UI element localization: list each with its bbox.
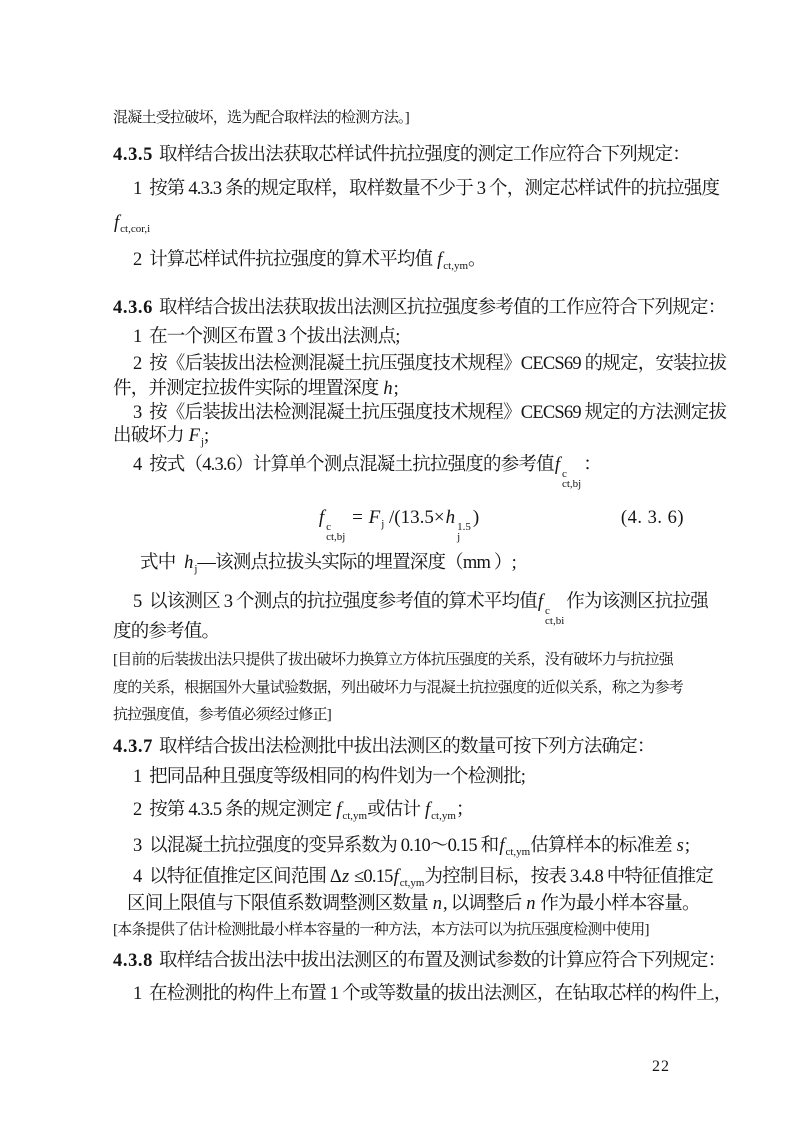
text-run: 取样结合拔出法获取芯样试件抗拉强度的测定工作应符合下列规定： (159, 145, 690, 165)
text-run: ： (583, 455, 601, 475)
text-run: ; (685, 836, 689, 856)
text-run: /(13.5× (384, 507, 444, 528)
text-run: ; (394, 379, 398, 399)
clause-4-3-6-item-1: 1 在一个测区布置 3 个拔出法测点; (133, 325, 400, 349)
clause-4-3-6-item-2: 2 按《后装拔出法检测混凝土抗压强度技术规程》CECS69 的规定，安装拉拔 (133, 352, 726, 376)
commentary-4-3-6-line-2: 度的关系，根据国外大量试验数据，列出破坏力与混凝土抗拉强度的近似关系，称之为参考 (113, 678, 683, 698)
math-variable: f (393, 867, 400, 887)
text-run: 取样结合拔出法检测批中拔出法测区的数量可按下列方法确定： (159, 737, 655, 757)
document-page: { "page": { "number": "22" }, "document"… (0, 0, 794, 1123)
text-run: ≤0.15 (350, 867, 392, 887)
math-variable: n (432, 894, 443, 914)
math-variable: z (341, 867, 350, 887)
clause-4-3-5-heading: 4.3.5取样结合拔出法获取芯样试件抗拉强度的测定工作应符合下列规定： (113, 143, 690, 167)
clause-4-3-6-item-5-cont: 度的参考值。 (113, 620, 219, 644)
math-variable: h (445, 507, 457, 528)
clause-4-3-7-item-2: 2 按第 4.3.5 条的规定测定 fct,ym或估计 fct,ym； (133, 798, 474, 822)
clause-number: 4.3.7 (113, 737, 159, 757)
text-run: 4 以特征值推定区间范围 Δ (133, 867, 341, 887)
text-run: 3 以混凝土抗拉强度的变异系数为 0.10～0.15 和 (133, 836, 498, 856)
equation-number: (4. 3. 6) (621, 506, 684, 530)
subscript: ct,ym (431, 810, 456, 822)
commentary-4-3-6-line-1: [目前的后装拔出法只提供了拔出破坏力换算立方体抗压强度的关系，没有破坏力与抗拉强 (113, 650, 673, 670)
commentary-4-3-7: [本条提供了估计检测批最小样本容量的一种方法，本方法可以为抗压强度检测中使用] (113, 920, 649, 940)
text-run: 2 按《后装拔出法检测混凝土抗压强度技术规程》CECS69 的规定，安装拉拔 (133, 354, 726, 374)
clause-4-3-7-item-4: 4 以特征值推定区间范围 Δz ≤0.15fct,ym为控制目标，按表 3.4.… (133, 865, 713, 889)
text-run: 为控制目标，按表 3.4.8 中特征值推定 (424, 867, 712, 887)
text-run: 取样结合拔出法中拔出法测区的布置及测试参数的计算应符合下列规定： (159, 951, 725, 971)
text-run: 1 在检测批的构件上布置 1 个或等数量的拔出法测区，在钻取芯样的构件上， (133, 984, 732, 1004)
math-variable: n (525, 894, 536, 914)
clause-4-3-6-item-3-cont: 出破坏力 Fj; (113, 424, 208, 448)
clause-4-3-7-item-1: 1 把同品种且强度等级相同的构件划为一个检测批; (133, 765, 525, 789)
text-run: 取样结合拔出法获取拔出法测区抗拉强度参考值的工作应符合下列规定： (159, 298, 725, 318)
subscript: ct,ym (443, 260, 468, 272)
text-run: [本条提供了估计检测批最小样本容量的一种方法，本方法可以为抗压强度检测中使用] (113, 922, 649, 938)
text-run: 1 把同品种且强度等级相同的构件划为一个检测批; (133, 767, 525, 787)
text-run: [目前的后装拔出法只提供了拔出破坏力换算立方体抗压强度的关系，没有破坏力与抗拉强 (113, 652, 673, 668)
text-run: 2 计算芯样试件抗拉强度的算术平均值 (133, 250, 436, 270)
text-run: 。 (468, 250, 486, 270)
text-run: = (347, 507, 367, 528)
page-number: 22 (652, 1058, 670, 1076)
text-run: 1 按第 4.3.3 条的规定取样，取样数量不少于 3 个，测定芯样试件的抗拉强… (133, 179, 719, 199)
text-run: ； (456, 800, 474, 820)
text-run: 区间上限值与下限值系数调整测区数量 (127, 894, 432, 914)
clause-4-3-7-item-4-cont: 区间上限值与下限值系数调整测区数量 n, 以调整后 n 作为最小样本容量。 (127, 892, 700, 916)
clause-number: 4.3.8 (113, 951, 159, 971)
subscript: ct,cor,i (120, 223, 150, 235)
clause-4-3-6-item-3: 3 按《后装拔出法检测混凝土抗压强度技术规程》CECS69 规定的方法测定拔 (133, 401, 726, 425)
text-run: 5 以该测区 3 个测点的抗拉强度参考值的算术平均值 (133, 592, 537, 612)
text-run: 作为最小样本容量。 (537, 894, 700, 914)
clause-4-3-5-item-2: 2 计算芯样试件抗拉强度的算术平均值 fct,ym。 (133, 248, 486, 272)
subscript: ct,ym (505, 846, 530, 858)
sup-sub-stack: cct,bi (545, 607, 566, 626)
text-run: —该测点拉拔头实际的埋置深度（mm ）; (197, 553, 516, 573)
text-run: 出破坏力 (113, 426, 188, 446)
commentary-4-3-6-line-3: 抗拉强度值，参考值必须经过修正] (113, 705, 331, 725)
math-variable: f (537, 592, 544, 612)
math-variable: F (368, 507, 382, 528)
clause-4-3-7-item-3: 3 以混凝土抗拉强度的变异系数为 0.10～0.15 和fct,ym估算样本的标… (133, 834, 689, 858)
clause-4-3-6-item-2-cont: 件，并测定拉拔件实际的埋置深度 h; (113, 377, 398, 401)
sup-sub-stack: 1.5j (457, 523, 473, 542)
text-run: 4 按式（4.3.6）计算单个测点混凝土抗拉强度的参考值 (133, 455, 554, 475)
clause-number: 4.3.5 (113, 145, 159, 165)
sup-sub-stack: cct,bj (326, 523, 347, 542)
text-run: 件，并测定拉拔件实际的埋置深度 (113, 379, 382, 399)
formula-4-3-6: fcct,bj = Fj /(13.5×h1.5j)(4. 3. 6) (113, 506, 684, 542)
clause-4-3-6-item-4: 4 按式（4.3.6）计算单个测点混凝土抗拉强度的参考值fcct,bj： (133, 453, 601, 489)
math-variable: s (676, 836, 685, 856)
document-content: 混凝土受拉破坏，选为配合取样法的检测方法。]4.3.5取样结合拔出法获取芯样试件… (113, 0, 684, 1123)
text-run: 估算样本的标准差 (530, 836, 675, 856)
math-variable: f (554, 455, 561, 475)
text-run: 作为该测区抗拉强 (566, 592, 708, 612)
text-run: 3 按《后装拔出法检测混凝土抗压强度技术规程》CECS69 规定的方法测定拔 (133, 403, 726, 423)
text-run: 式中 (140, 553, 183, 573)
text-run: 2 按第 4.3.5 条的规定测定 (133, 800, 335, 820)
text-run: 度的参考值。 (113, 622, 219, 642)
symbol-f-ct-cor-i: fct,cor,i (113, 211, 150, 235)
formula-body: fcct,bj = Fj /(13.5×h1.5j) (318, 507, 479, 528)
clause-4-3-6-heading: 4.3.6取样结合拔出法获取拔出法测区抗拉强度参考值的工作应符合下列规定： (113, 296, 725, 320)
text-run: 或估计 (367, 800, 424, 820)
subscript: ct,ym (342, 810, 367, 822)
clause-4-3-5-item-1: 1 按第 4.3.3 条的规定取样，取样数量不少于 3 个，测定芯样试件的抗拉强… (133, 177, 719, 201)
math-variable: F (188, 426, 201, 446)
clause-number: 4.3.6 (113, 298, 159, 318)
commentary-tail-line: 混凝土受拉破坏，选为配合取样法的检测方法。] (113, 108, 409, 128)
text-run: ; (204, 426, 208, 446)
math-variable: h (183, 553, 194, 573)
text-run: 度的关系，根据国外大量试验数据，列出破坏力与混凝土抗拉强度的近似关系，称之为参考 (113, 680, 683, 696)
subscript: ct,ym (400, 877, 425, 889)
formula-legend: 式中 hj—该测点拉拔头实际的埋置深度（mm ）; (140, 551, 516, 575)
text-run: , 以调整后 (443, 894, 525, 914)
text-run: 混凝土受拉破坏，选为配合取样法的检测方法。] (113, 110, 409, 126)
math-variable: h (382, 379, 393, 399)
text-run: ) (473, 507, 479, 528)
clause-4-3-8-heading: 4.3.8取样结合拔出法中拔出法测区的布置及测试参数的计算应符合下列规定： (113, 949, 725, 973)
clause-4-3-6-item-5: 5 以该测区 3 个测点的抗拉强度参考值的算术平均值fcct,bi作为该测区抗拉… (133, 590, 708, 626)
sup-sub-stack: cct,bj (562, 470, 583, 489)
text-run: 抗拉强度值，参考值必须经过修正] (113, 707, 331, 723)
clause-4-3-7-heading: 4.3.7取样结合拔出法检测批中拔出法测区的数量可按下列方法确定： (113, 735, 655, 759)
math-variable: f (318, 507, 325, 528)
text-run: 1 在一个测区布置 3 个拔出法测点; (133, 327, 400, 347)
clause-4-3-8-item-1: 1 在检测批的构件上布置 1 个或等数量的拔出法测区，在钻取芯样的构件上， (133, 982, 732, 1006)
